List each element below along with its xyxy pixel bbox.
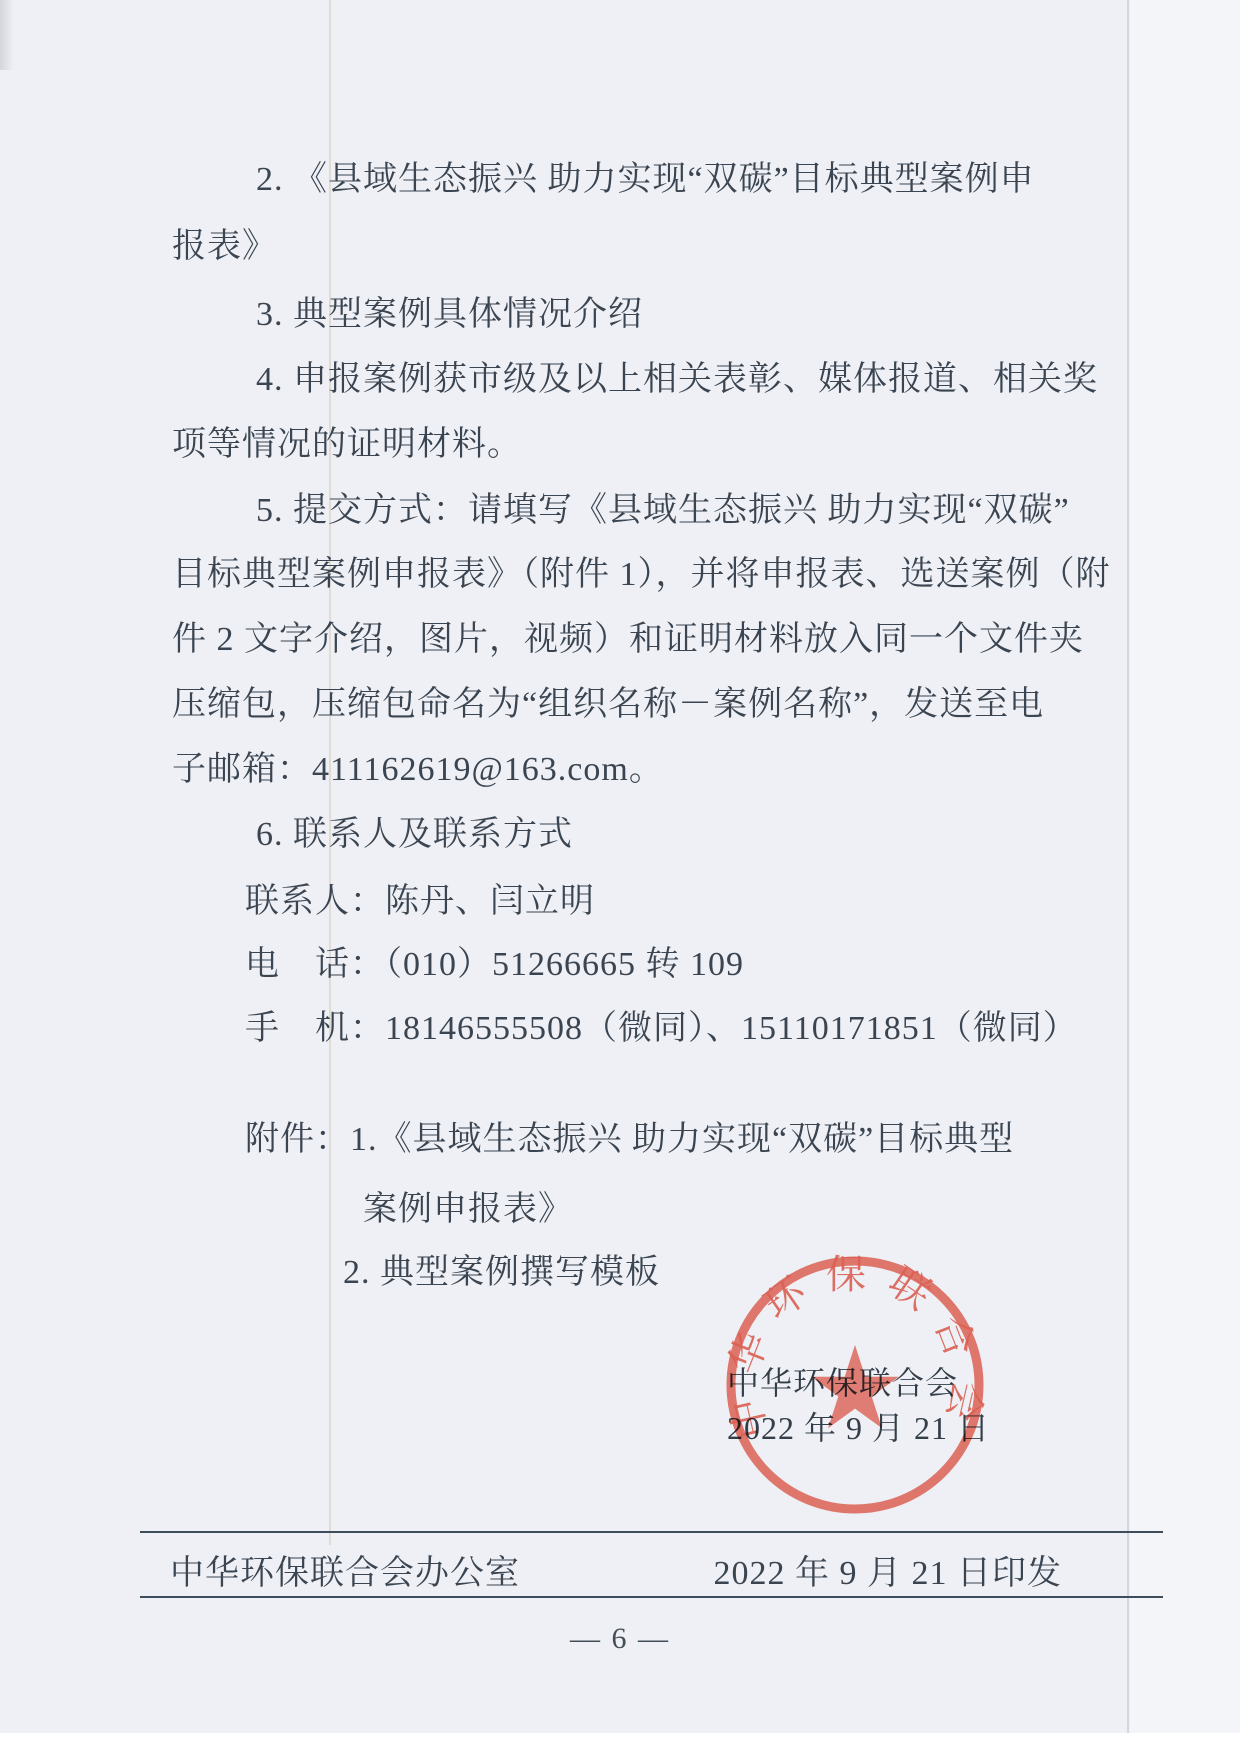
star-icon xyxy=(811,1345,898,1428)
attachment-line: 案例申报表》 xyxy=(363,1188,573,1232)
official-seal: 中华环保联合会 xyxy=(715,1245,995,1525)
body-line: 2. 《县域生态振兴 助力实现“双碳”目标典型案例申 xyxy=(256,158,1035,202)
scan-artifact-corner-shadow xyxy=(0,0,14,70)
body-line: 压缩包，压缩包命名为“组织名称－案例名称”，发送至电 xyxy=(172,683,1044,727)
footer-office: 中华环保联合会办公室 xyxy=(170,1545,520,1594)
scan-artifact-bottom-edge xyxy=(0,1733,1240,1753)
contact-line: 手 机：18146555508（微同）、15110171851（微同） xyxy=(245,1007,1078,1051)
scan-artifact-vertical-line xyxy=(1127,0,1129,1753)
body-line: 6. 联系人及联系方式 xyxy=(256,813,573,857)
body-line: 报表》 xyxy=(172,225,277,269)
body-line: 子邮箱：411162619@163.com。 xyxy=(172,748,664,792)
body-line: 4. 申报案例获市级及以上相关表彰、媒体报道、相关奖 xyxy=(256,358,1098,402)
contact-line: 联系人：陈丹、闫立明 xyxy=(245,880,595,924)
body-line: 5. 提交方式：请填写《县域生态振兴 助力实现“双碳” xyxy=(256,489,1070,533)
footer-print-date: 2022 年 9 月 21 日印发 xyxy=(714,1545,1063,1594)
body-line: 3. 典型案例具体情况介绍 xyxy=(256,293,643,337)
attachment-line: 附件：1.《县域生态振兴 助力实现“双碳”目标典型 xyxy=(245,1118,1014,1162)
scanned-document-page: 2. 《县域生态振兴 助力实现“双碳”目标典型案例申 报表》 3. 典型案例具体… xyxy=(0,0,1240,1753)
attachment-line: 2. 典型案例撰写模板 xyxy=(343,1251,660,1295)
body-line: 件 2 文字介绍，图片，视频）和证明材料放入同一个文件夹 xyxy=(172,618,1084,662)
body-line: 目标典型案例申报表》（附件 1），并将申报表、选送案例（附 xyxy=(172,553,1111,597)
footer-rule-top xyxy=(140,1531,1163,1533)
page-number: — 6 — xyxy=(0,1622,1240,1656)
footer-rule-bottom xyxy=(140,1596,1163,1598)
contact-line: 电 话：（010）51266665 转 109 xyxy=(245,943,744,987)
scan-artifact-right-band xyxy=(1130,0,1240,1753)
body-line: 项等情况的证明材料。 xyxy=(172,423,522,467)
